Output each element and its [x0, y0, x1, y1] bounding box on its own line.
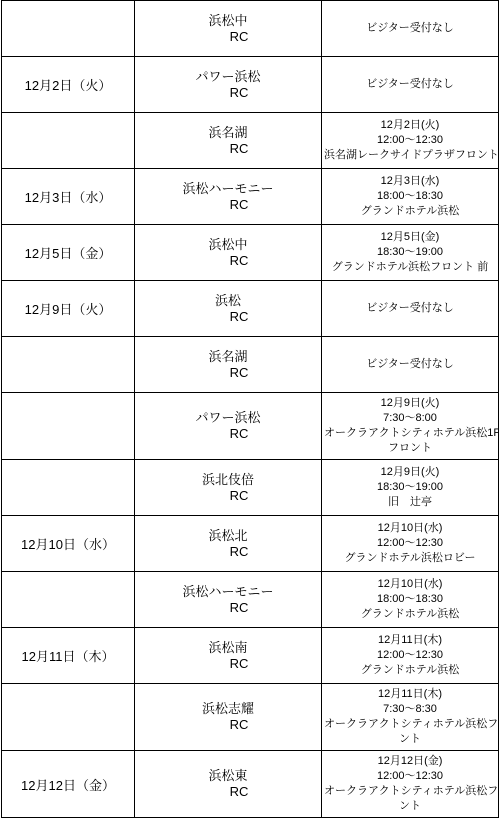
date-cell: 12月11日（木）	[2, 628, 135, 684]
club-suffix: RC	[137, 488, 319, 504]
table-row: 12月12日（金）浜松東RC12月12日(金)12:00～12:30オークラアク…	[2, 751, 499, 818]
visitor-info-cell: 12月12日(金)12:00～12:30オークラアクトシティホテル浜松フロント	[322, 751, 499, 818]
visitor-info-line: ビジター受付なし	[324, 21, 496, 36]
visitor-info-line: 18:30～19:00	[324, 245, 496, 260]
visitor-info-line: 7:30～8:30	[324, 702, 496, 717]
visitor-info-cell: ビジター受付なし	[322, 337, 499, 393]
visitor-info-line: 12月9日(火)	[324, 396, 496, 411]
visitor-info-line: オークラアクトシティホテル浜松フロ	[324, 784, 496, 799]
visitor-info-line: 18:00～18:30	[324, 189, 496, 204]
visitor-info-cell: ビジター受付なし	[322, 1, 499, 57]
table-row: パワー浜松RC12月9日(火)7:30～8:00オークラアクトシティホテル浜松1…	[2, 393, 499, 460]
visitor-info-cell: ビジター受付なし	[322, 281, 499, 337]
date-cell	[2, 1, 135, 57]
visitor-info-line: ビジター受付なし	[324, 357, 496, 372]
club-name: 浜松北	[137, 528, 319, 544]
visitor-info-line: 12:00～12:30	[324, 648, 496, 663]
club-suffix: RC	[137, 85, 319, 101]
club-cell: 浜松RC	[135, 281, 322, 337]
visitor-info-line: グランドホテル浜松	[324, 663, 496, 678]
club-suffix: RC	[137, 544, 319, 560]
date-cell: 12月9日（火）	[2, 281, 135, 337]
club-suffix: RC	[137, 717, 319, 733]
visitor-info-line: ント	[324, 799, 496, 814]
visitor-info-cell: 12月11日(木)12:00～12:30グランドホテル浜松	[322, 628, 499, 684]
club-cell: 浜松ハーモニーRC	[135, 572, 322, 628]
club-suffix: RC	[137, 197, 319, 213]
club-cell: 浜松中RC	[135, 225, 322, 281]
club-name: 浜松南	[137, 640, 319, 656]
visitor-info-cell: 12月9日(火)7:30～8:00オークラアクトシティホテル浜松1Fフロント	[322, 393, 499, 460]
club-name: 浜松志耀	[137, 701, 319, 717]
club-name: パワー浜松	[137, 69, 319, 85]
club-cell: パワー浜松RC	[135, 57, 322, 113]
club-suffix: RC	[137, 29, 319, 45]
visitor-info-line: 12:00～12:30	[324, 769, 496, 784]
visitor-info-cell: 12月9日(火)18:30～19:00旧 辻亭	[322, 460, 499, 516]
club-name: 浜松中	[137, 13, 319, 29]
club-suffix: RC	[137, 141, 319, 157]
visitor-info-cell: 12月11日(木)7:30～8:30オークラアクトシティホテル浜松フロント	[322, 684, 499, 751]
visitor-info-line: 18:30～19:00	[324, 480, 496, 495]
table-row: 12月2日（火）パワー浜松RCビジター受付なし	[2, 57, 499, 113]
visitor-info-line: 12月11日(木)	[324, 687, 496, 702]
visitor-info-cell: 12月3日(水)18:00～18:30グランドホテル浜松	[322, 169, 499, 225]
table-row: 浜名湖RC12月2日(火)12:00～12:30浜名湖レークサイドプラザフロント	[2, 113, 499, 169]
visitor-info-line: 12月3日(水)	[324, 174, 496, 189]
date-cell	[2, 460, 135, 516]
visitor-info-line: グランドホテル浜松ロビー	[324, 551, 496, 566]
table-row: 浜北伎倍RC12月9日(火)18:30～19:00旧 辻亭	[2, 460, 499, 516]
visitor-info-line: 12月11日(木)	[324, 633, 496, 648]
table-row: 12月5日（金）浜松中RC12月5日(金)18:30～19:00グランドホテル浜…	[2, 225, 499, 281]
visitor-info-line: 7:30～8:00	[324, 411, 496, 426]
club-cell: 浜名湖RC	[135, 337, 322, 393]
table-row: 浜松ハーモニーRC12月10日(水)18:00～18:30グランドホテル浜松	[2, 572, 499, 628]
visitor-info-line: 12月2日(火)	[324, 118, 496, 133]
visitor-info-line: 12月10日(水)	[324, 577, 496, 592]
visitor-info-line: 旧 辻亭	[324, 495, 496, 510]
visitor-info-line: ビジター受付なし	[324, 301, 496, 316]
visitor-info-line: オークラアクトシティホテル浜松1F	[324, 426, 496, 441]
club-cell: 浜松中RC	[135, 1, 322, 57]
club-cell: 浜松南RC	[135, 628, 322, 684]
club-name: 浜松ハーモニー	[137, 181, 319, 197]
visitor-schedule-table: 浜松中RCビジター受付なし12月2日（火）パワー浜松RCビジター受付なし浜名湖R…	[1, 0, 499, 818]
table-row: 12月3日（水）浜松ハーモニーRC12月3日(水)18:00～18:30グランド…	[2, 169, 499, 225]
visitor-info-line: オークラアクトシティホテル浜松フロ	[324, 717, 496, 732]
date-cell: 12月12日（金）	[2, 751, 135, 818]
visitor-info-line: フロント	[324, 441, 496, 456]
club-suffix: RC	[137, 656, 319, 672]
visitor-info-line: グランドホテル浜松フロント 前	[324, 260, 496, 275]
visitor-info-cell: 12月5日(金)18:30～19:00グランドホテル浜松フロント 前	[322, 225, 499, 281]
table-row: 浜名湖RCビジター受付なし	[2, 337, 499, 393]
club-name: 浜松	[137, 293, 319, 309]
club-suffix: RC	[137, 309, 319, 325]
club-suffix: RC	[137, 253, 319, 269]
club-suffix: RC	[137, 426, 319, 442]
date-cell	[2, 337, 135, 393]
visitor-info-line: グランドホテル浜松	[324, 607, 496, 622]
club-cell: 浜松志耀RC	[135, 684, 322, 751]
club-cell: 浜松北RC	[135, 516, 322, 572]
date-cell	[2, 393, 135, 460]
club-name: 浜名湖	[137, 349, 319, 365]
club-cell: 浜松ハーモニーRC	[135, 169, 322, 225]
visitor-info-line: 12:00～12:30	[324, 536, 496, 551]
visitor-info-line: 12月9日(火)	[324, 465, 496, 480]
club-suffix: RC	[137, 365, 319, 381]
visitor-info-cell: ビジター受付なし	[322, 57, 499, 113]
club-suffix: RC	[137, 784, 319, 800]
date-cell	[2, 684, 135, 751]
table-row: 浜松志耀RC12月11日(木)7:30～8:30オークラアクトシティホテル浜松フ…	[2, 684, 499, 751]
table-row: 12月10日（水）浜松北RC12月10日(水)12:00～12:30グランドホテ…	[2, 516, 499, 572]
table-row: 12月11日（木）浜松南RC12月11日(木)12:00～12:30グランドホテ…	[2, 628, 499, 684]
visitor-info-cell: 12月10日(水)18:00～18:30グランドホテル浜松	[322, 572, 499, 628]
club-cell: 浜松東RC	[135, 751, 322, 818]
visitor-info-line: 12月5日(金)	[324, 230, 496, 245]
date-cell: 12月10日（水）	[2, 516, 135, 572]
club-cell: 浜北伎倍RC	[135, 460, 322, 516]
visitor-info-line: ント	[324, 732, 496, 747]
visitor-info-cell: 12月10日(水)12:00～12:30グランドホテル浜松ロビー	[322, 516, 499, 572]
date-cell	[2, 113, 135, 169]
club-cell: 浜名湖RC	[135, 113, 322, 169]
visitor-info-cell: 12月2日(火)12:00～12:30浜名湖レークサイドプラザフロント	[322, 113, 499, 169]
date-cell: 12月2日（火）	[2, 57, 135, 113]
schedule-table-body: 浜松中RCビジター受付なし12月2日（火）パワー浜松RCビジター受付なし浜名湖R…	[2, 1, 499, 818]
visitor-info-line: ビジター受付なし	[324, 77, 496, 92]
table-row: 浜松中RCビジター受付なし	[2, 1, 499, 57]
date-cell: 12月3日（水）	[2, 169, 135, 225]
date-cell: 12月5日（金）	[2, 225, 135, 281]
table-row: 12月9日（火）浜松RCビジター受付なし	[2, 281, 499, 337]
visitor-info-line: グランドホテル浜松	[324, 204, 496, 219]
visitor-info-line: 浜名湖レークサイドプラザフロント	[324, 148, 496, 163]
visitor-info-line: 12月12日(金)	[324, 754, 496, 769]
club-suffix: RC	[137, 600, 319, 616]
club-cell: パワー浜松RC	[135, 393, 322, 460]
visitor-info-line: 18:00～18:30	[324, 592, 496, 607]
date-cell	[2, 572, 135, 628]
club-name: 浜北伎倍	[137, 472, 319, 488]
visitor-info-line: 12:00～12:30	[324, 133, 496, 148]
club-name: パワー浜松	[137, 410, 319, 426]
club-name: 浜松中	[137, 237, 319, 253]
club-name: 浜松ハーモニー	[137, 584, 319, 600]
visitor-info-line: 12月10日(水)	[324, 521, 496, 536]
club-name: 浜名湖	[137, 125, 319, 141]
club-name: 浜松東	[137, 768, 319, 784]
